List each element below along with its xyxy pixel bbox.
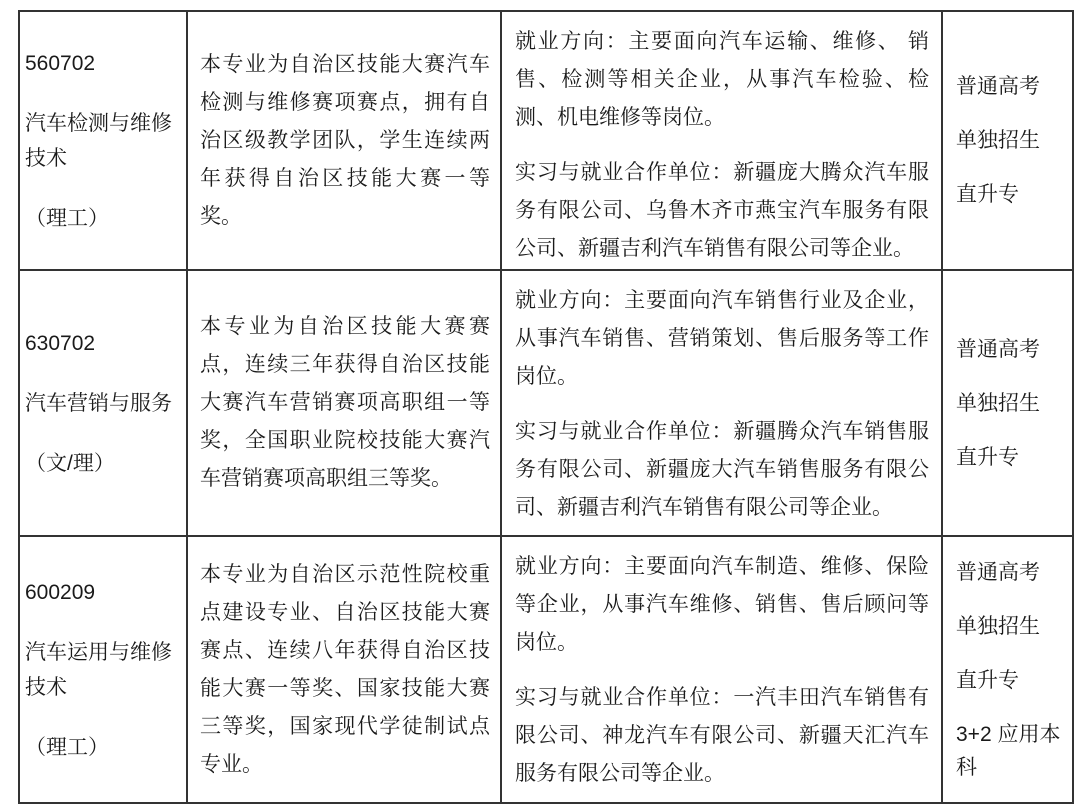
cooperation-units-text: 实习与就业合作单位：新疆腾众汽车销售服务有限公司、新疆庞大汽车销售服务有限公司、… bbox=[515, 413, 929, 527]
cell-admission-types: 普通高考 单独招生 直升专 bbox=[943, 271, 1072, 537]
program-category: （文/理） bbox=[25, 446, 180, 481]
admission-type: 单独招生 bbox=[956, 387, 1066, 420]
program-description-text: 本专业为自治区示范性院校重点建设专业、自治区技能大赛赛点、连续八年获得自治区技能… bbox=[200, 556, 490, 784]
cell-admission-types: 普通高考 单独招生 直升专 bbox=[943, 12, 1072, 271]
admission-type: 普通高考 bbox=[956, 70, 1066, 103]
cell-program-id: 630702 汽车营销与服务 （文/理） bbox=[20, 271, 188, 537]
cell-employment-info: 就业方向：主要面向汽车运输、维修、 销售、检测等相关企业，从事汽车检验、检测、机… bbox=[502, 12, 943, 271]
program-name: 汽车营销与服务 bbox=[25, 386, 180, 421]
program-category: （理工） bbox=[25, 730, 180, 765]
cooperation-units-text: 实习与就业合作单位：一汽丰田汽车销售有限公司、神龙汽车有限公司、新疆天汇汽车服务… bbox=[515, 679, 929, 793]
admission-type: 直升专 bbox=[956, 664, 1066, 697]
program-description-text: 本专业为自治区技能大赛赛点，连续三年获得自治区技能大赛汽车营销赛项高职组一等奖，… bbox=[200, 308, 490, 498]
program-code: 600209 bbox=[25, 575, 180, 610]
cell-program-id: 600209 汽车运用与维修技术 （理工） bbox=[20, 537, 188, 802]
page: 560702 汽车检测与维修技术 （理工） 本专业为自治区技能大赛汽车检测与维修… bbox=[0, 0, 1080, 811]
admission-type: 直升专 bbox=[956, 178, 1066, 211]
cell-employment-info: 就业方向：主要面向汽车销售行业及企业，从事汽车销售、营销策划、售后服务等工作岗位… bbox=[502, 271, 943, 537]
program-code: 560702 bbox=[25, 46, 180, 81]
cell-program-id: 560702 汽车检测与维修技术 （理工） bbox=[20, 12, 188, 271]
cell-program-description: 本专业为自治区技能大赛赛点，连续三年获得自治区技能大赛汽车营销赛项高职组一等奖，… bbox=[188, 271, 502, 537]
cell-admission-types: 普通高考 单独招生 直升专 3+2 应用本科 bbox=[943, 537, 1072, 802]
admission-type: 单独招生 bbox=[956, 124, 1066, 157]
programs-table: 560702 汽车检测与维修技术 （理工） 本专业为自治区技能大赛汽车检测与维修… bbox=[18, 10, 1074, 804]
program-name: 汽车运用与维修技术 bbox=[25, 635, 180, 705]
admission-type: 直升专 bbox=[956, 441, 1066, 474]
employment-direction-text: 就业方向：主要面向汽车运输、维修、 销售、检测等相关企业，从事汽车检验、检测、机… bbox=[515, 23, 929, 137]
admission-type: 3+2 应用本科 bbox=[956, 718, 1066, 784]
employment-direction-text: 就业方向：主要面向汽车制造、维修、保险等企业，从事汽车维修、销售、售后顾问等岗位… bbox=[515, 548, 929, 662]
cell-program-description: 本专业为自治区技能大赛汽车检测与维修赛项赛点，拥有自治区级教学团队，学生连续两年… bbox=[188, 12, 502, 271]
admission-type: 单独招生 bbox=[956, 610, 1066, 643]
cell-program-description: 本专业为自治区示范性院校重点建设专业、自治区技能大赛赛点、连续八年获得自治区技能… bbox=[188, 537, 502, 802]
admission-type: 普通高考 bbox=[956, 556, 1066, 589]
cooperation-units-text: 实习与就业合作单位：新疆庞大腾众汽车服务有限公司、乌鲁木齐市燕宝汽车服务有限公司… bbox=[515, 154, 929, 268]
program-category: （理工） bbox=[25, 201, 180, 236]
cell-employment-info: 就业方向：主要面向汽车制造、维修、保险等企业，从事汽车维修、销售、售后顾问等岗位… bbox=[502, 537, 943, 802]
employment-direction-text: 就业方向：主要面向汽车销售行业及企业，从事汽车销售、营销策划、售后服务等工作岗位… bbox=[515, 282, 929, 396]
program-name: 汽车检测与维修技术 bbox=[25, 106, 180, 176]
admission-type: 普通高考 bbox=[956, 333, 1066, 366]
program-description-text: 本专业为自治区技能大赛汽车检测与维修赛项赛点，拥有自治区级教学团队，学生连续两年… bbox=[200, 46, 490, 236]
program-code: 630702 bbox=[25, 326, 180, 361]
